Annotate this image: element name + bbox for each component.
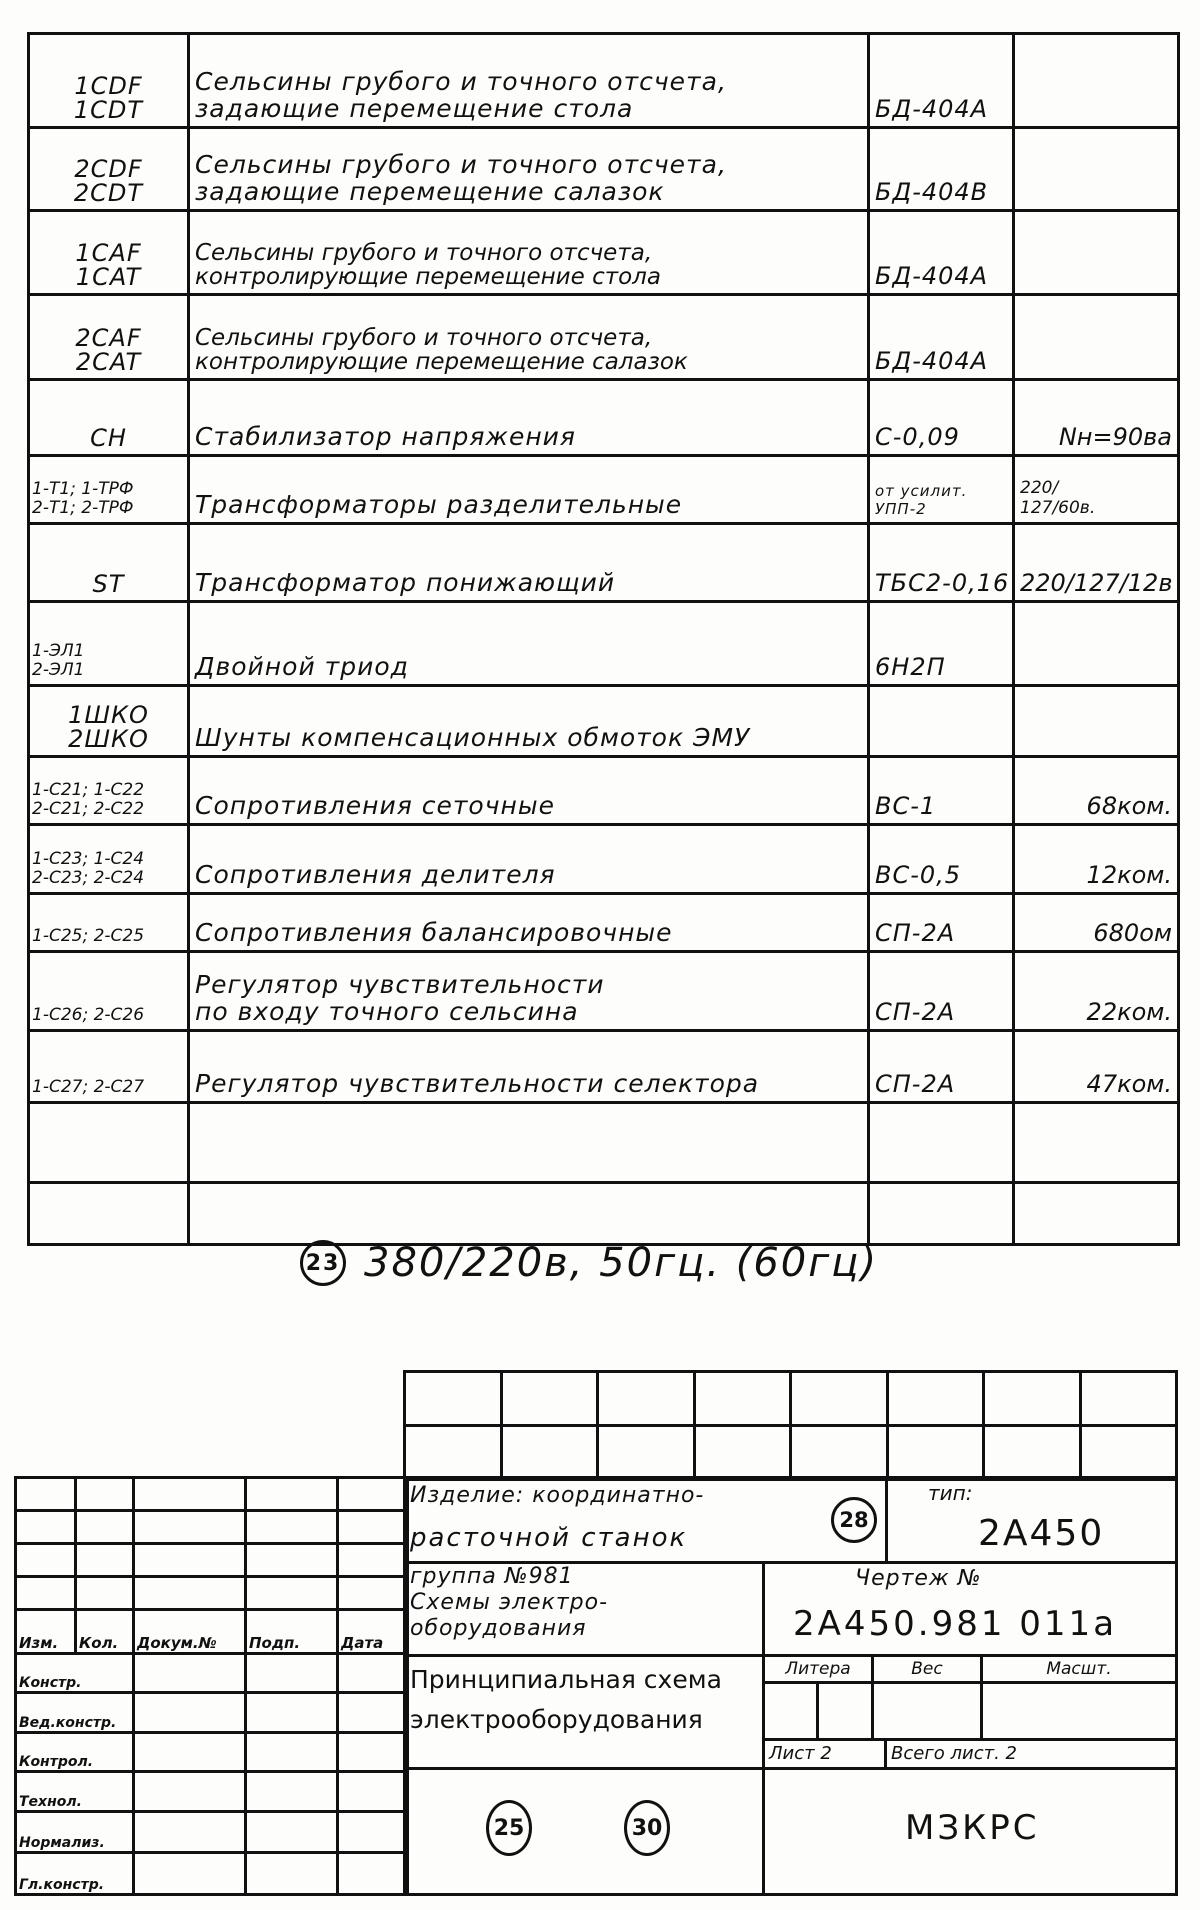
revision-cell — [134, 1478, 246, 1511]
voltage-text: 380/220в, 50гц. (60гц) — [364, 1240, 878, 1286]
approval-role: Контрол. — [16, 1732, 134, 1772]
revision-cell — [338, 1576, 408, 1609]
document-title-line: Принципиальная схема — [406, 1657, 762, 1697]
type-value: 2А450 — [978, 1513, 1104, 1554]
position-cell: 1-С21; 1-С22 2-С21; 2-С22 — [29, 757, 189, 825]
table-row: 1CAF 1CATСельсины грубого и точного отсч… — [29, 211, 1179, 295]
table-row: 1-С26; 2-С26Регулятор чувствительности п… — [29, 952, 1179, 1031]
approval-row: Вед.констр. — [16, 1693, 408, 1733]
scale-cell — [980, 1681, 1178, 1741]
approval-cell — [134, 1732, 246, 1772]
revision-cell — [134, 1576, 246, 1609]
value-cell — [1014, 686, 1179, 757]
stamp-marker-circle: 30 — [624, 1800, 670, 1856]
approval-cell — [134, 1853, 246, 1895]
total-sheets-cell: Всего лист. 2 — [884, 1738, 1178, 1770]
table-row: 1-С21; 1-С22 2-С21; 2-С22Сопротивления с… — [29, 757, 1179, 825]
product-marker-circle: 28 — [831, 1497, 877, 1543]
type-cell: СП-2А — [869, 952, 1014, 1031]
approval-role: Технол. — [16, 1772, 134, 1812]
stamp-cell: 25 30 — [403, 1767, 765, 1896]
value-cell: 220/ 127/60в. — [1014, 456, 1179, 524]
name-cell — [189, 1103, 869, 1183]
organization-cell: МЗКРС — [762, 1767, 1178, 1896]
table-row: 2CDF 2CDTСельсины грубого и точного отсч… — [29, 128, 1179, 211]
position-cell: 2CAF 2CAT — [29, 295, 189, 380]
stamp-marker-circle: 25 — [486, 1800, 532, 1856]
revision-cell — [246, 1543, 338, 1576]
revision-cell — [16, 1510, 76, 1543]
value-cell — [1014, 128, 1179, 211]
position-cell: 1-Т1; 1-ТРФ 2-Т1; 2-ТРФ — [29, 456, 189, 524]
litera-cell — [762, 1681, 819, 1741]
approval-cell — [246, 1772, 338, 1812]
drawing-number-cell: Чертеж № 2А450.981 011а — [762, 1561, 1178, 1657]
name-cell: Сельсины грубого и точного отсчета, зада… — [189, 34, 869, 128]
revision-header: Кол. — [76, 1609, 134, 1653]
table-row — [29, 1103, 1179, 1183]
group-line: оборудования — [406, 1616, 762, 1642]
revision-cell — [16, 1478, 76, 1511]
name-cell: Сопротивления делителя — [189, 825, 869, 894]
name-cell: Сельсины грубого и точного отсчета, конт… — [189, 211, 869, 295]
value-cell: 68ком. — [1014, 757, 1179, 825]
revision-header: Изм. — [16, 1609, 76, 1653]
approval-cell — [246, 1693, 338, 1733]
organization-name: МЗКРС — [905, 1808, 1040, 1848]
position-cell: 1-С26; 2-С26 — [29, 952, 189, 1031]
type-cell: БД-404В — [869, 128, 1014, 211]
type-cell — [869, 1103, 1014, 1183]
weight-header: Вес — [871, 1654, 983, 1684]
specification-table: 1CDF 1CDTСельсины грубого и точного отсч… — [27, 32, 1180, 1246]
total-sheets-label: Всего лист. 2 — [887, 1741, 1175, 1767]
approval-cell — [246, 1853, 338, 1895]
value-cell — [1014, 295, 1179, 380]
position-cell: CH — [29, 380, 189, 456]
type-cell — [869, 686, 1014, 757]
approval-role: Гл.констр. — [16, 1853, 134, 1895]
litera-label: Литера — [765, 1657, 871, 1681]
revision-cell — [246, 1510, 338, 1543]
scale-label: Масшт. — [983, 1657, 1175, 1681]
position-cell: 1-ЭЛ1 2-ЭЛ1 — [29, 602, 189, 686]
product-name: расточной станок — [410, 1523, 687, 1553]
table-row: 1-ЭЛ1 2-ЭЛ1Двойной триод6Н2П — [29, 602, 1179, 686]
approval-row: Технол. — [16, 1772, 408, 1812]
name-cell: Шунты компенсационных обмоток ЭМУ — [189, 686, 869, 757]
type-label: тип: — [928, 1481, 972, 1505]
table-row: 1-С25; 2-С25Сопротивления балансировочны… — [29, 894, 1179, 952]
name-cell: Регулятор чувствительности по входу точн… — [189, 952, 869, 1031]
type-cell: ТБС2-0,16 — [869, 524, 1014, 602]
position-cell — [29, 1183, 189, 1245]
table-row: 1CDF 1CDTСельсины грубого и точного отсч… — [29, 34, 1179, 128]
approval-row: Гл.констр. — [16, 1853, 408, 1895]
revision-cell — [16, 1576, 76, 1609]
table-row — [29, 1183, 1179, 1245]
group-line: группа №981 — [406, 1564, 762, 1590]
revision-cell — [246, 1478, 338, 1511]
approval-cell — [338, 1693, 408, 1733]
type-cell: 6Н2П — [869, 602, 1014, 686]
document-title-line: электрооборудования — [406, 1697, 762, 1737]
name-cell — [189, 1183, 869, 1245]
type-cell: ВС-0,5 — [869, 825, 1014, 894]
litera-cell — [816, 1681, 874, 1741]
revision-grid — [403, 1370, 1178, 1481]
approval-cell — [338, 1853, 408, 1895]
approval-cell — [134, 1653, 246, 1693]
name-cell: Сопротивления сеточные — [189, 757, 869, 825]
approval-row: Нормализ. — [16, 1811, 408, 1853]
position-cell: 1-С25; 2-С25 — [29, 894, 189, 952]
approval-row: Констр. — [16, 1653, 408, 1693]
table-row: CHСтабилизатор напряженияС-0,09Nн=90ва — [29, 380, 1179, 456]
revision-cell — [76, 1576, 134, 1609]
approval-role: Нормализ. — [16, 1811, 134, 1853]
name-cell: Стабилизатор напряжения — [189, 380, 869, 456]
drawing-number: 2А450.981 011а — [793, 1604, 1117, 1644]
revision-header-row: Изм.Кол.Докум.№Подп.Дата — [16, 1609, 408, 1653]
value-cell: 47ком. — [1014, 1031, 1179, 1103]
name-cell: Регулятор чувствительности селектора — [189, 1031, 869, 1103]
approval-role: Констр. — [16, 1653, 134, 1693]
table-row: 1ШКО 2ШКОШунты компенсационных обмоток Э… — [29, 686, 1179, 757]
title-block: Изделие: координатно- расточной станок 2… — [403, 1476, 1178, 1896]
approval-cell — [338, 1811, 408, 1853]
type-cell: тип: 2А450 — [885, 1476, 1178, 1564]
group-cell: группа №981 Схемы электро- оборудования — [403, 1561, 765, 1657]
table-row: 2CAF 2CATСельсины грубого и точного отсч… — [29, 295, 1179, 380]
litera-header: Литера — [762, 1654, 874, 1684]
approval-cell — [246, 1653, 338, 1693]
group-line: Схемы электро- — [406, 1590, 762, 1616]
table-row: 1-С27; 2-С27Регулятор чувствительности с… — [29, 1031, 1179, 1103]
weight-label: Вес — [874, 1657, 980, 1681]
product-cell: Изделие: координатно- расточной станок 2… — [403, 1476, 888, 1564]
approval-cell — [134, 1811, 246, 1853]
value-cell: Nн=90ва — [1014, 380, 1179, 456]
revision-header: Подп. — [246, 1609, 338, 1653]
approval-cell — [134, 1693, 246, 1733]
sheet-label: Лист 2 — [765, 1741, 884, 1767]
position-cell: 1CDF 1CDT — [29, 34, 189, 128]
value-cell — [1014, 1103, 1179, 1183]
approval-cell — [338, 1732, 408, 1772]
table-row: STТрансформатор понижающийТБС2-0,16220/1… — [29, 524, 1179, 602]
position-cell: 2CDF 2CDT — [29, 128, 189, 211]
revision-row — [16, 1478, 408, 1511]
revision-cell — [246, 1576, 338, 1609]
revision-cell — [338, 1510, 408, 1543]
approval-cell — [246, 1811, 338, 1853]
table-row: 1-Т1; 1-ТРФ 2-Т1; 2-ТРФТрансформаторы ра… — [29, 456, 1179, 524]
approval-row: Контрол. — [16, 1732, 408, 1772]
position-cell: 1ШКО 2ШКО — [29, 686, 189, 757]
type-cell: БД-404А — [869, 295, 1014, 380]
revision-cell — [338, 1478, 408, 1511]
type-cell: БД-404А — [869, 34, 1014, 128]
name-cell: Двойной триод — [189, 602, 869, 686]
voltage-marker-circle: 23 — [300, 1240, 346, 1286]
drawing-label: Чертеж № — [855, 1566, 982, 1591]
voltage-note: 23 380/220в, 50гц. (60гц) — [300, 1240, 878, 1286]
type-cell: БД-404А — [869, 211, 1014, 295]
position-cell: 1-С23; 1-С24 2-С23; 2-С24 — [29, 825, 189, 894]
approval-cell — [338, 1772, 408, 1812]
weight-cell — [871, 1681, 983, 1741]
value-cell: 12ком. — [1014, 825, 1179, 894]
type-cell — [869, 1183, 1014, 1245]
value-cell: 680ом — [1014, 894, 1179, 952]
revision-header: Докум.№ — [134, 1609, 246, 1653]
position-cell: ST — [29, 524, 189, 602]
document-title-cell: Принципиальная схема электрооборудования — [403, 1654, 765, 1770]
scale-header: Масшт. — [980, 1654, 1178, 1684]
name-cell: Сопротивления балансировочные — [189, 894, 869, 952]
type-cell: СП-2А — [869, 894, 1014, 952]
revision-header: Дата — [338, 1609, 408, 1653]
value-cell: 220/127/12в — [1014, 524, 1179, 602]
approval-cell — [134, 1772, 246, 1812]
revision-row — [16, 1576, 408, 1609]
name-cell: Трансформатор понижающий — [189, 524, 869, 602]
position-cell — [29, 1103, 189, 1183]
name-cell: Сельсины грубого и точного отсчета, зада… — [189, 128, 869, 211]
value-cell: 22ком. — [1014, 952, 1179, 1031]
approval-cell — [338, 1653, 408, 1693]
revision-cell — [134, 1543, 246, 1576]
table-row: 1-С23; 1-С24 2-С23; 2-С24Сопротивления д… — [29, 825, 1179, 894]
type-cell: СП-2А — [869, 1031, 1014, 1103]
value-cell — [1014, 602, 1179, 686]
revision-row — [16, 1543, 408, 1576]
revision-row — [16, 1510, 408, 1543]
position-cell: 1CAF 1CAT — [29, 211, 189, 295]
value-cell — [1014, 1183, 1179, 1245]
revision-cell — [338, 1543, 408, 1576]
approval-role: Вед.констр. — [16, 1693, 134, 1733]
name-cell: Трансформаторы разделительные — [189, 456, 869, 524]
product-label: Изделие: координатно- — [410, 1483, 704, 1508]
name-cell: Сельсины грубого и точного отсчета, конт… — [189, 295, 869, 380]
approval-cell — [246, 1732, 338, 1772]
position-cell: 1-С27; 2-С27 — [29, 1031, 189, 1103]
revision-cell — [134, 1510, 246, 1543]
revision-cell — [76, 1510, 134, 1543]
revision-cell — [16, 1543, 76, 1576]
type-cell: от усилит. УПП-2 — [869, 456, 1014, 524]
sheet-cell: Лист 2 — [762, 1738, 887, 1770]
type-cell: ВС-1 — [869, 757, 1014, 825]
revision-cell — [76, 1478, 134, 1511]
value-cell — [1014, 34, 1179, 128]
revision-cell — [76, 1543, 134, 1576]
approval-table: Изм.Кол.Докум.№Подп.ДатаКонстр.Вед.конст… — [14, 1476, 409, 1896]
type-cell: С-0,09 — [869, 380, 1014, 456]
value-cell — [1014, 211, 1179, 295]
